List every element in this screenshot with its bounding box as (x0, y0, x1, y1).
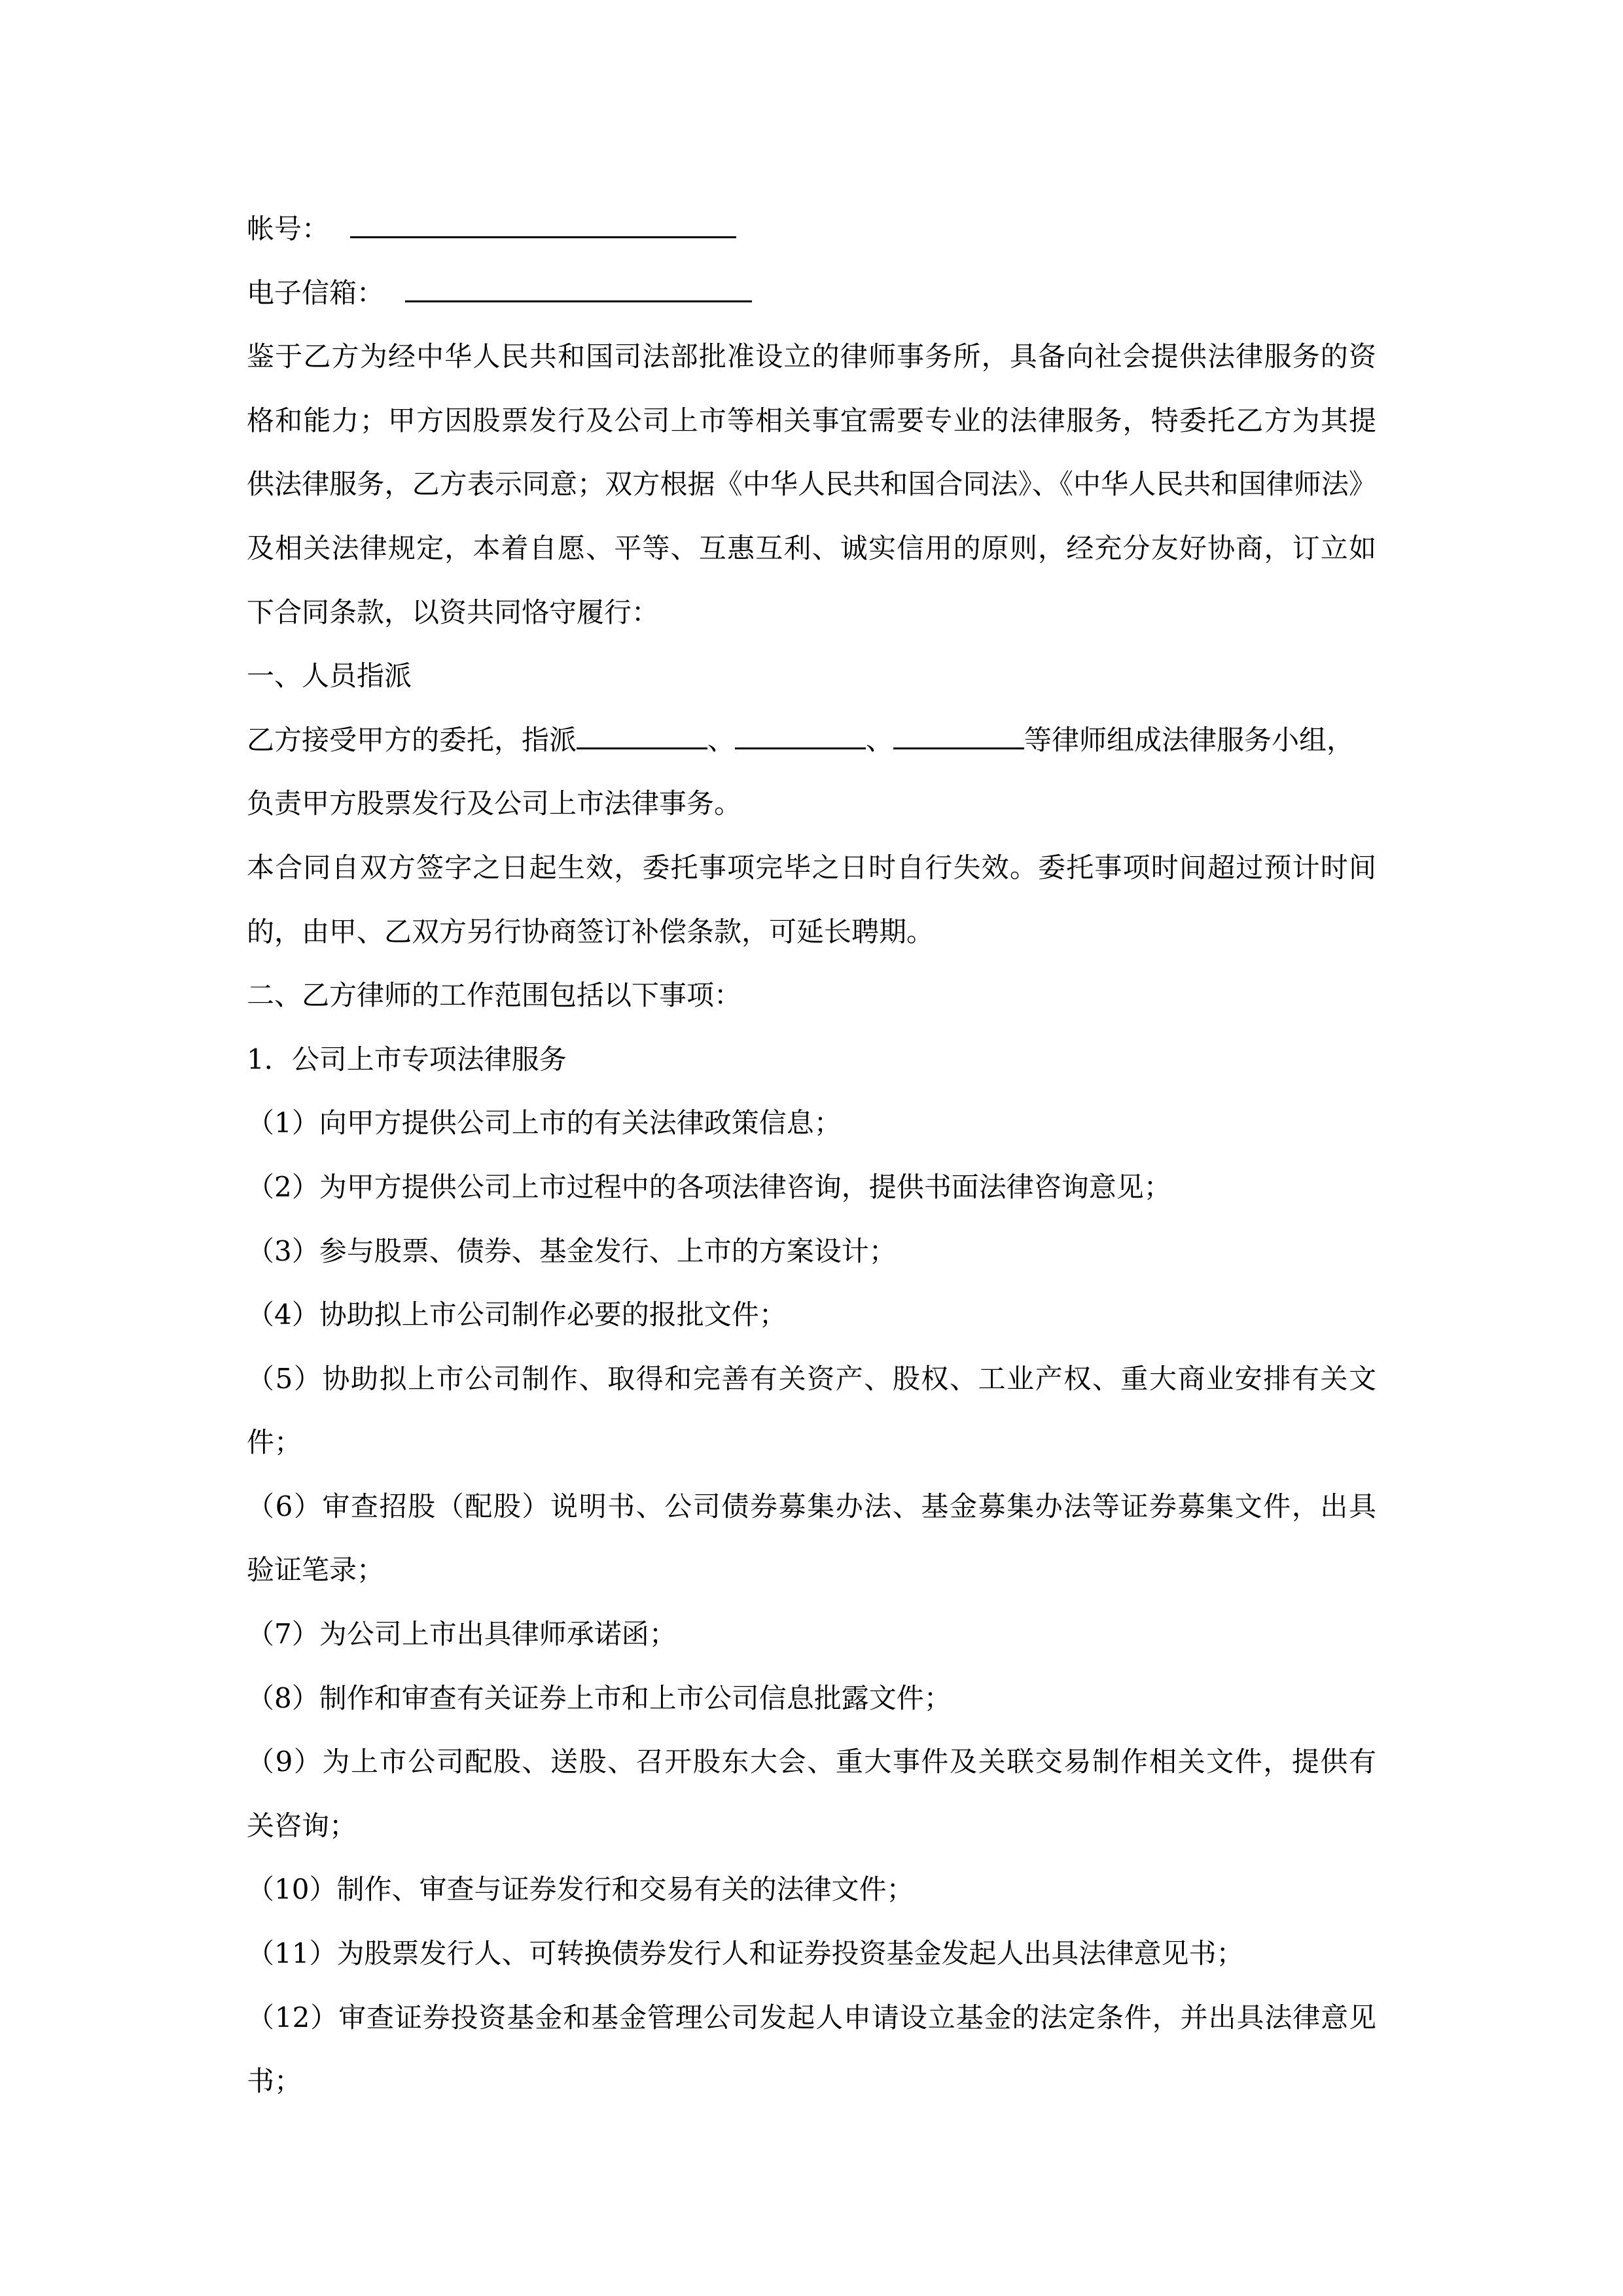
list-item: （3）参与股票、债券、基金发行、上市的方案设计； (247, 1230, 1376, 1295)
preamble-line: 鉴于乙方为经中华人民共和国司法部批准设立的律师事务所，具备向社会提供法律服务的资 (247, 336, 1376, 400)
list-item: （11）为股票发行人、可转换债券发行人和证券投资基金发起人出具法律意见书； (247, 1933, 1376, 1997)
preamble-line: 格和能力；甲方因股票发行及公司上市等相关事宜需要专业的法律服务，特委托乙方为其提 (247, 400, 1376, 464)
list-item: （10）制作、审查与证券发行和交易有关的法律文件； (247, 1869, 1376, 1933)
preamble-line: 供法律服务，乙方表示同意；双方根据《中华人民共和国合同法》、《中华人民共和国律师… (247, 463, 1376, 528)
email-blank[interactable] (405, 274, 752, 302)
list-item: （1）向甲方提供公司上市的有关法律政策信息； (247, 1102, 1376, 1166)
document-page: 帐号： 电子信箱： 鉴于乙方为经中华人民共和国司法部批准设立的律师事务所，具备向… (247, 208, 1376, 2125)
list-item-cont: 书； (247, 2060, 1376, 2125)
assign-prefix: 乙方接受甲方的委托，指派 (247, 724, 577, 756)
list-item: （6）审查招股（配股）说明书、公司债券募集办法、基金募集办法等证券募集文件，出具 (247, 1486, 1376, 1550)
list-item: （9）为上市公司配股、送股、召开股东大会、重大事件及关联交易制作相关文件，提供有 (247, 1741, 1376, 1805)
list-item: （4）协助拟上市公司制作必要的报批文件； (247, 1294, 1376, 1358)
lawyer-blank-1[interactable] (577, 721, 707, 749)
account-label: 帐号： (247, 213, 329, 245)
lawyer-blank-3[interactable] (893, 721, 1024, 749)
list-item: （2）为甲方提供公司上市过程中的各项法律咨询，提供书面法律咨询意见； (247, 1166, 1376, 1230)
list-item: （12）审查证券投资基金和基金管理公司发起人申请设立基金的法定条件，并出具法律意… (247, 1997, 1376, 2061)
assign-line: 乙方接受甲方的委托，指派、、等律师组成法律服务小组， (247, 719, 1376, 783)
subsection-heading: 1．公司上市专项法律服务 (247, 1039, 1376, 1103)
term-line: 本合同自双方签字之日起生效，委托事项完毕之日时自行失效。委托事项时间超过预计时间 (247, 847, 1376, 911)
account-field-row: 帐号： (247, 208, 1376, 272)
separator: 、 (866, 719, 893, 761)
assign-line-2: 负责甲方股票发行及公司上市法律事务。 (247, 783, 1376, 847)
list-item: （8）制作和审查有关证券上市和上市公司信息批露文件； (247, 1677, 1376, 1742)
list-item: （7）为公司上市出具律师承诺函； (247, 1613, 1376, 1677)
term-line: 的，由甲、乙双方另行协商签订补偿条款，可延长聘期。 (247, 911, 1376, 975)
list-item-cont: 验证笔录； (247, 1549, 1376, 1613)
preamble-line: 及相关法律规定，本着自愿、平等、互惠互利、诚实信用的原则，经充分友好协商，订立如 (247, 528, 1376, 592)
assign-suffix: 等律师组成法律服务小组， (1024, 724, 1354, 756)
account-blank[interactable] (350, 210, 736, 238)
list-item: （5）协助拟上市公司制作、取得和完善有关资产、股权、工业产权、重大商业安排有关文 (247, 1358, 1376, 1422)
separator: 、 (707, 719, 735, 761)
lawyer-blank-2[interactable] (735, 721, 866, 749)
list-item-cont: 件； (247, 1422, 1376, 1486)
preamble-line: 下合同条款，以资共同恪守履行： (247, 592, 1376, 656)
email-label: 电子信箱： (247, 277, 384, 309)
list-item-cont: 关咨询； (247, 1805, 1376, 1869)
email-field-row: 电子信箱： (247, 272, 1376, 336)
section-heading: 二、乙方律师的工作范围包括以下事项： (247, 975, 1376, 1039)
section-heading: 一、人员指派 (247, 655, 1376, 719)
